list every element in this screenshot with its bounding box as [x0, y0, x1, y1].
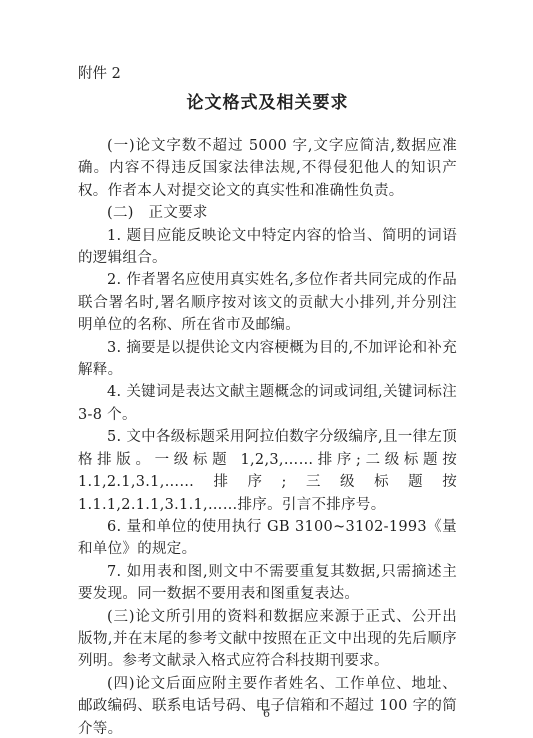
paragraph: 3. 摘要是以提供论文内容梗概为目的,不加评论和补充解释。	[78, 337, 457, 382]
paragraph: 4. 关键词是表达文献主题概念的词或词组,关键词标注 3-8 个。	[78, 381, 457, 426]
page-title: 论文格式及相关要求	[78, 93, 457, 114]
paragraph: 1. 题目应能反映论文中特定内容的恰当、简明的词语的逻辑组合。	[78, 225, 457, 270]
attachment-label: 附件 2	[78, 66, 457, 83]
paragraph: (三)论文所引用的资料和数据应来源于正式、公开出版物,并在末尾的参考文献中按照在…	[78, 606, 457, 673]
paragraph: (二) 正文要求	[78, 202, 457, 224]
paragraph: 2. 作者署名应使用真实姓名,多位作者共同完成的作品联合署名时,署名顺序按对该文…	[78, 269, 457, 336]
document-page: 附件 2 论文格式及相关要求 (一)论文字数不超过 5000 字,文字应简洁,数…	[0, 0, 533, 738]
paragraph: (一)论文字数不超过 5000 字,文字应简洁,数据应准确。内容不得违反国家法律…	[78, 135, 457, 202]
paragraph: 7. 如用表和图,则文中不需要重复其数据,只需摘述主要发现。同一数据不要用表和图…	[78, 561, 457, 606]
paragraph: 6. 量和单位的使用执行 GB 3100~3102-1993《量和单位》的规定。	[78, 516, 457, 561]
paragraph: (四)论文后面应附主要作者姓名、工作单位、地址、邮政编码、联系电话号码、电子信箱…	[78, 673, 457, 738]
paragraph: 5. 文中各级标题采用阿拉伯数字分级编序,且一律左顶格排版。一级标题 1,2,3…	[78, 426, 457, 516]
page-number: 6	[0, 707, 533, 720]
